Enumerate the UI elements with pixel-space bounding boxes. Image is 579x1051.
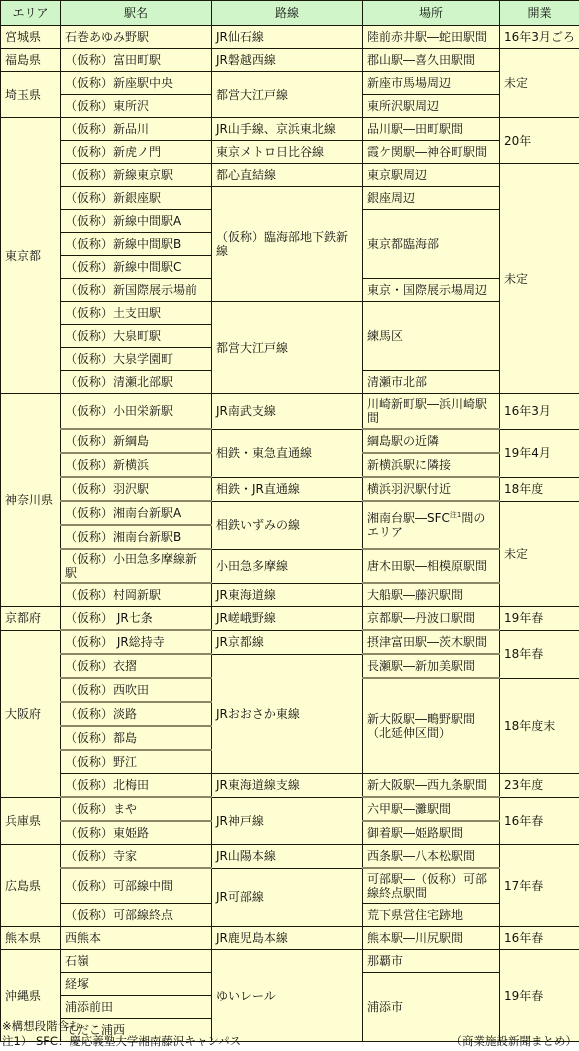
table-row: 大阪府 （仮称） JR総持寺 JR京都線 摂津富田駅―茨木駅間 18年春 — [1, 630, 579, 654]
area-cell: 東京都 — [1, 118, 61, 394]
area-cell: 広島県 — [1, 845, 61, 927]
open-cell: 18年度 — [500, 477, 579, 501]
table-row: 埼玉県 （仮称）新座駅中央 都営大江戸線 新座市馬場周辺 — [1, 72, 579, 95]
place-cell: 川崎新町駅―浜川崎駅間 — [363, 394, 500, 430]
place-cell: 新横浜駅に隣接 — [363, 453, 500, 477]
new-stations-table: エリア 駅名 路線 場所 開業 宮城県 石巻あゆみ野駅 JR仙石線 陸前赤井駅―… — [0, 0, 579, 1042]
place-cell: 熊本駅―川尻駅間 — [363, 927, 500, 950]
open-cell: 23年度 — [500, 774, 579, 798]
place-cell: 東京駅周辺 — [363, 164, 500, 187]
table-row: 東京都 （仮称）新品川 JR山手線、京浜東北線 品川駅―田町駅間 20年 — [1, 118, 579, 141]
open-cell: 16年春 — [500, 797, 579, 845]
station-cell: （仮称）新線中間駅B — [61, 233, 212, 256]
table-row: 沖縄県 石嶺 ゆいレール 那覇市 19年春 — [1, 950, 579, 973]
footnote-marker: 注1 — [450, 511, 461, 519]
place-cell: 新大阪駅―西九条駅間 — [363, 774, 500, 798]
header-area: エリア — [1, 1, 61, 26]
header-line: 路線 — [212, 1, 363, 26]
station-cell: （仮称）寺家 — [61, 845, 212, 869]
station-cell: （仮称）可部線中間 — [61, 868, 212, 904]
line-cell: JR南武支線 — [212, 394, 363, 430]
station-cell: （仮称）大泉学園町 — [61, 348, 212, 371]
area-cell: 埼玉県 — [1, 72, 61, 118]
station-cell: （仮称）新線中間駅C — [61, 256, 212, 279]
station-cell: （仮称）新座駅中央 — [61, 72, 212, 95]
station-cell: （仮称）新虎ノ門 — [61, 141, 212, 164]
line-cell: 都営大江戸線 — [212, 72, 363, 118]
open-cell: 19年4月 — [500, 429, 579, 477]
line-cell: JR東海道線支線 — [212, 774, 363, 798]
station-cell: （仮称）羽沢駅 — [61, 477, 212, 501]
line-cell: JR磐越西線 — [212, 49, 363, 72]
station-cell: （仮称）可部線終点 — [61, 904, 212, 927]
table-row: （仮称）羽沢駅 相鉄・JR直通線 横浜羽沢駅付近 18年度 — [1, 477, 579, 501]
line-cell: JR山陽本線 — [212, 845, 363, 869]
station-cell: （仮称）小田栄新駅 — [61, 394, 212, 430]
table-row: 神奈川県 （仮称）小田栄新駅 JR南武支線 川崎新町駅―浜川崎駅間 16年3月 — [1, 394, 579, 430]
line-cell: （仮称）臨海部地下鉄新線 — [212, 187, 363, 302]
table-row: （仮称）新銀座駅 （仮称）臨海部地下鉄新線 銀座周辺 — [1, 187, 579, 210]
line-cell: 都心直結線 — [212, 164, 363, 187]
station-cell: （仮称）西吹田 — [61, 678, 212, 702]
table-row: （仮称）湘南台新駅A 相鉄いずみの線 湘南台駅―SFC注1間のエリア 未定 — [1, 501, 579, 525]
table-row: 京都府 （仮称） JR七条 JR嵯峨野線 京都駅―丹波口駅間 19年春 — [1, 607, 579, 631]
station-cell: （仮称）新線中間駅A — [61, 210, 212, 233]
station-cell: （仮称）清瀬北部駅 — [61, 371, 212, 394]
line-cell: JRおおさか東線 — [212, 654, 363, 774]
line-cell: JR可部線 — [212, 868, 363, 927]
header-place: 場所 — [363, 1, 500, 26]
header-row: エリア 駅名 路線 場所 開業 — [1, 1, 579, 26]
place-cell: 荒下県営住宅跡地 — [363, 904, 500, 927]
place-cell: 新大阪駅―鴫野駅間（北延伸区間） — [363, 678, 500, 774]
line-cell: 東京メトロ日比谷線 — [212, 141, 363, 164]
place-cell: 京都駅―丹波口駅間 — [363, 607, 500, 631]
line-cell: JR鹿児島本線 — [212, 927, 363, 950]
open-cell: 未定 — [500, 501, 579, 607]
station-cell: （仮称）湘南台新駅A — [61, 501, 212, 525]
place-cell: 綱島駅の近隣 — [363, 429, 500, 453]
station-cell: （仮称）土支田駅 — [61, 302, 212, 325]
open-cell: 16年春 — [500, 927, 579, 950]
place-cell: 那覇市 — [363, 950, 500, 973]
note-sfc: 注1） SFC：慶応義塾大学湘南藤沢キャンパス — [2, 1034, 241, 1049]
station-cell: （仮称）新国際展示場前 — [61, 279, 212, 302]
station-cell: （仮称）小田急多摩線新駅 — [61, 549, 212, 583]
line-cell: 相鉄・JR直通線 — [212, 477, 363, 501]
table-row: 広島県 （仮称）寺家 JR山陽本線 西条駅―八本松駅間 17年春 — [1, 845, 579, 869]
station-cell: （仮称） JR総持寺 — [61, 630, 212, 654]
place-cell: 唐木田駅―相模原駅間 — [363, 549, 500, 583]
area-cell: 神奈川県 — [1, 394, 61, 607]
station-cell: （仮称）北梅田 — [61, 774, 212, 798]
area-cell: 宮城県 — [1, 26, 61, 49]
area-cell: 大阪府 — [1, 630, 61, 797]
station-cell: （仮称）新線東京駅 — [61, 164, 212, 187]
table-row: （仮称）衣摺 JRおおさか東線 長瀬駅―新加美駅間 — [1, 654, 579, 678]
table-row: （仮称）小田急多摩線新駅 小田急多摩線 唐木田駅―相模原駅間 — [1, 549, 579, 583]
open-cell: 19年春 — [500, 607, 579, 631]
table-row: 福島県 （仮称）富田町駅 JR磐越西線 郡山駅―喜久田駅間 未定 — [1, 49, 579, 72]
place-cell: 新座市馬場周辺 — [363, 72, 500, 95]
area-cell: 京都府 — [1, 607, 61, 631]
station-cell: （仮称）野江 — [61, 750, 212, 774]
station-cell: （仮称）湘南台新駅B — [61, 525, 212, 549]
place-cell: 可部駅―（仮称）可部線終点駅間 — [363, 868, 500, 904]
station-cell: （仮称）都島 — [61, 726, 212, 750]
line-cell: 相鉄・東急直通線 — [212, 429, 363, 477]
station-cell: （仮称）東所沢 — [61, 95, 212, 118]
station-cell: （仮称）新横浜 — [61, 453, 212, 477]
station-cell: 石嶺 — [61, 950, 212, 973]
table-row: （仮称）新綱島 相鉄・東急直通線 綱島駅の近隣 19年4月 — [1, 429, 579, 453]
area-cell: 福島県 — [1, 49, 61, 72]
table-row: （仮称）新線東京駅 都心直結線 東京駅周辺 未定 — [1, 164, 579, 187]
area-cell: 兵庫県 — [1, 797, 61, 845]
station-cell: （仮称）大泉町駅 — [61, 325, 212, 348]
table-row: （仮称）可部線中間 JR可部線 可部駅―（仮称）可部線終点駅間 — [1, 868, 579, 904]
station-cell: 石巻あゆみ野駅 — [61, 26, 212, 49]
place-cell: 東京・国際展示場周辺 — [363, 279, 500, 302]
open-cell: 未定 — [500, 164, 579, 394]
table-row: （仮称）北梅田 JR東海道線支線 新大阪駅―西九条駅間 23年度 — [1, 774, 579, 798]
station-cell: （仮称） JR七条 — [61, 607, 212, 631]
place-cell: 御着駅―姫路駅間 — [363, 821, 500, 845]
open-cell: 16年3月 — [500, 394, 579, 430]
place-cell: 清瀬市北部 — [363, 371, 500, 394]
station-cell: （仮称）新綱島 — [61, 429, 212, 453]
open-cell: 18年度末 — [500, 678, 579, 774]
place-cell: 横浜羽沢駅付近 — [363, 477, 500, 501]
place-cell: 摂津富田駅―茨木駅間 — [363, 630, 500, 654]
footnotes: ※構想段階含む 注1） SFC：慶応義塾大学湘南藤沢キャンパス （商業施設新聞ま… — [2, 1019, 577, 1049]
table-row: （仮称）土支田駅 都営大江戸線 練馬区 — [1, 302, 579, 325]
station-cell: （仮称）東姫路 — [61, 821, 212, 845]
header-station: 駅名 — [61, 1, 212, 26]
table-row: （仮称）新虎ノ門 東京メトロ日比谷線 霞ケ関駅―神谷町駅間 — [1, 141, 579, 164]
open-cell: 17年春 — [500, 845, 579, 927]
line-cell: JR山手線、京浜東北線 — [212, 118, 363, 141]
table-row: （仮称）村岡新駅 JR東海道線 大船駅―藤沢駅間 — [1, 583, 579, 607]
table-row: 宮城県 石巻あゆみ野駅 JR仙石線 陸前赤井駅―蛇田駅間 16年3月ごろ — [1, 26, 579, 49]
place-cell: 六甲駅―灘駅間 — [363, 797, 500, 821]
place-text: 湘南台駅―SFC — [367, 511, 450, 525]
place-cell: 銀座周辺 — [363, 187, 500, 210]
open-cell: 16年3月ごろ — [500, 26, 579, 49]
place-cell: 品川駅―田町駅間 — [363, 118, 500, 141]
place-cell: 練馬区 — [363, 302, 500, 371]
station-cell: （仮称）新品川 — [61, 118, 212, 141]
station-cell: 経塚 — [61, 973, 212, 996]
place-cell: 東所沢駅周辺 — [363, 95, 500, 118]
station-cell: （仮称）村岡新駅 — [61, 583, 212, 607]
station-cell: （仮称）衣摺 — [61, 654, 212, 678]
table-row: 熊本県 西熊本 JR鹿児島本線 熊本駅―川尻駅間 16年春 — [1, 927, 579, 950]
place-cell: 西条駅―八本松駅間 — [363, 845, 500, 869]
line-cell: 都営大江戸線 — [212, 302, 363, 394]
place-cell: 陸前赤井駅―蛇田駅間 — [363, 26, 500, 49]
place-cell: 郡山駅―喜久田駅間 — [363, 49, 500, 72]
place-cell: 東京都臨海部 — [363, 210, 500, 279]
open-cell: 20年 — [500, 118, 579, 164]
source-credit: （商業施設新聞まとめ） — [451, 1034, 578, 1049]
line-cell: JR京都線 — [212, 630, 363, 654]
place-cell: 湘南台駅―SFC注1間のエリア — [363, 501, 500, 549]
line-cell: 小田急多摩線 — [212, 549, 363, 583]
open-cell: 未定 — [500, 49, 579, 118]
line-cell: JR東海道線 — [212, 583, 363, 607]
station-cell: 浦添前田 — [61, 996, 212, 1019]
station-cell: （仮称）淡路 — [61, 702, 212, 726]
station-cell: （仮称）まや — [61, 797, 212, 821]
line-cell: JR嵯峨野線 — [212, 607, 363, 631]
line-cell: JR神戸線 — [212, 797, 363, 845]
table-row: 兵庫県 （仮称）まや JR神戸線 六甲駅―灘駅間 16年春 — [1, 797, 579, 821]
place-cell: 大船駅―藤沢駅間 — [363, 583, 500, 607]
open-cell: 18年春 — [500, 630, 579, 678]
area-cell: 熊本県 — [1, 927, 61, 950]
line-cell: JR仙石線 — [212, 26, 363, 49]
header-open: 開業 — [500, 1, 579, 26]
line-cell: 相鉄いずみの線 — [212, 501, 363, 549]
station-cell: （仮称）富田町駅 — [61, 49, 212, 72]
place-cell: 霞ケ関駅―神谷町駅間 — [363, 141, 500, 164]
note-concept-stage: ※構想段階含む — [2, 1019, 577, 1034]
station-cell: （仮称）新銀座駅 — [61, 187, 212, 210]
place-cell: 長瀬駅―新加美駅間 — [363, 654, 500, 678]
station-cell: 西熊本 — [61, 927, 212, 950]
